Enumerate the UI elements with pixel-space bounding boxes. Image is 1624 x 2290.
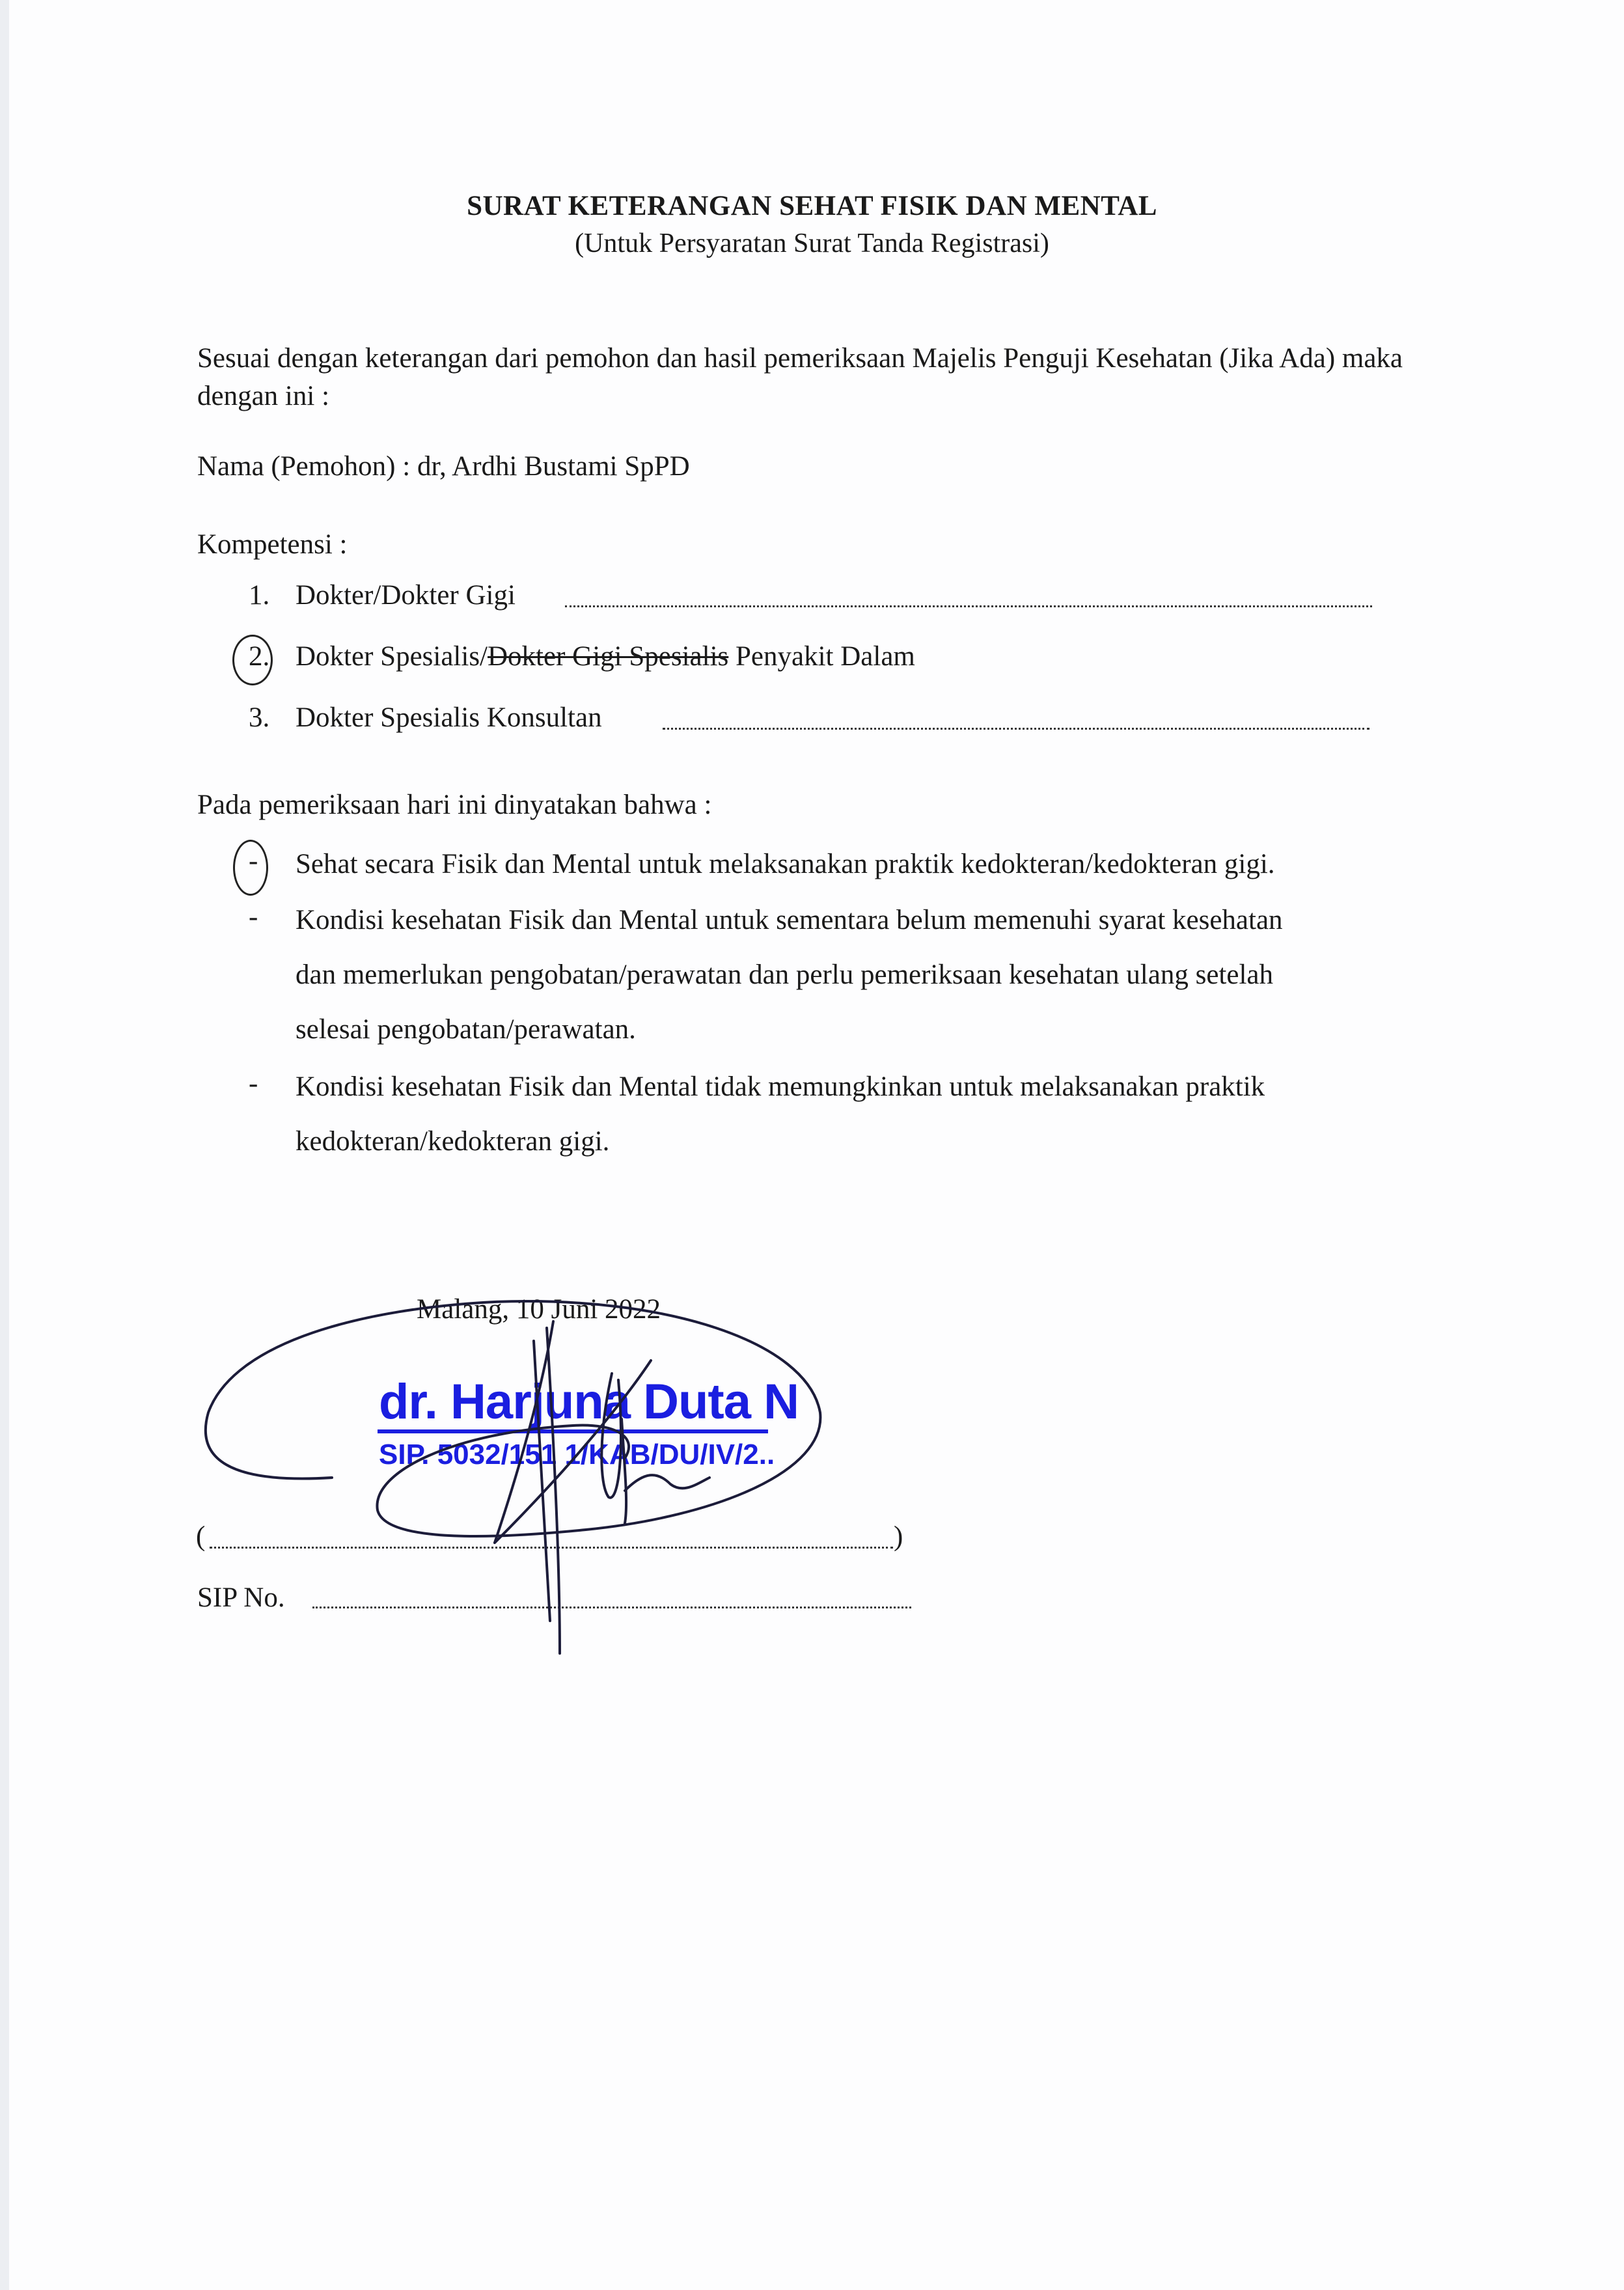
fill-line [565, 605, 1372, 607]
struck-text: Dokter Gigi Spesialis [488, 641, 728, 672]
competence-number: 2. [249, 641, 269, 672]
condition-line: Kondisi kesehatan Fisik dan Mental tidak… [296, 1060, 1265, 1114]
competence-text: Dokter Spesialis/ [296, 641, 488, 672]
document-title: SURAT KETERANGAN SEHAT FISIK DAN MENTAL [0, 190, 1624, 222]
paren-open: ( [196, 1521, 205, 1552]
bullet: - [249, 845, 258, 877]
intro-paragraph: Sesuai dengan keterangan dari pemohon da… [197, 340, 1466, 415]
sip-label: SIP No. [197, 1582, 285, 1614]
sip-fill-line [312, 1607, 911, 1608]
competence-item-2: Dokter Spesialis/Dokter Gigi Spesialis P… [296, 641, 915, 672]
stamp-name: dr. Harjuna Duta N [379, 1373, 799, 1430]
condition-line: Sehat secara Fisik dan Mental untuk mela… [296, 837, 1275, 892]
condition-line: dan memerlukan pengobatan/perawatan dan … [296, 948, 1283, 1002]
competence-item-1: Dokter/Dokter Gigi [296, 579, 516, 611]
applicant-label: Nama (Pemohon) : [197, 451, 410, 482]
applicant-name: dr, Ardhi Bustami SpPD [417, 451, 690, 482]
competence-label: Kompetensi : [197, 529, 348, 560]
fill-line [663, 728, 1369, 730]
condition-line: Kondisi kesehatan Fisik dan Mental untuk… [296, 893, 1283, 948]
document-subtitle: (Untuk Persyaratan Surat Tanda Registras… [0, 228, 1624, 259]
competence-item-3: Dokter Spesialis Konsultan [296, 702, 602, 734]
signature-name-line [210, 1547, 893, 1549]
scan-edge [0, 0, 9, 2290]
condition-2: Kondisi kesehatan Fisik dan Mental untuk… [296, 893, 1283, 1057]
stamp-underline [378, 1429, 768, 1433]
bullet: - [249, 1068, 258, 1099]
competence-number: 1. [249, 579, 269, 611]
condition-line: kedokteran/kedokteran gigi. [296, 1114, 1265, 1169]
condition-1: Sehat secara Fisik dan Mental untuk mela… [296, 837, 1275, 892]
specialty-text: Penyakit Dalam [728, 641, 915, 672]
bullet: - [249, 901, 258, 933]
stamp-sip-number: SIP. 5032/151 1/KAB/DU/IV/2.. [379, 1439, 775, 1471]
paren-close: ) [894, 1521, 903, 1552]
condition-line: selesai pengobatan/perawatan. [296, 1002, 1283, 1057]
place-date: Malang, 10 Juni 2022 [417, 1293, 661, 1325]
competence-number: 3. [249, 702, 269, 734]
condition-3: Kondisi kesehatan Fisik dan Mental tidak… [296, 1060, 1265, 1169]
applicant-line: Nama (Pemohon) : dr, Ardhi Bustami SpPD [197, 450, 690, 482]
examination-label: Pada pemeriksaan hari ini dinyatakan bah… [197, 789, 711, 821]
